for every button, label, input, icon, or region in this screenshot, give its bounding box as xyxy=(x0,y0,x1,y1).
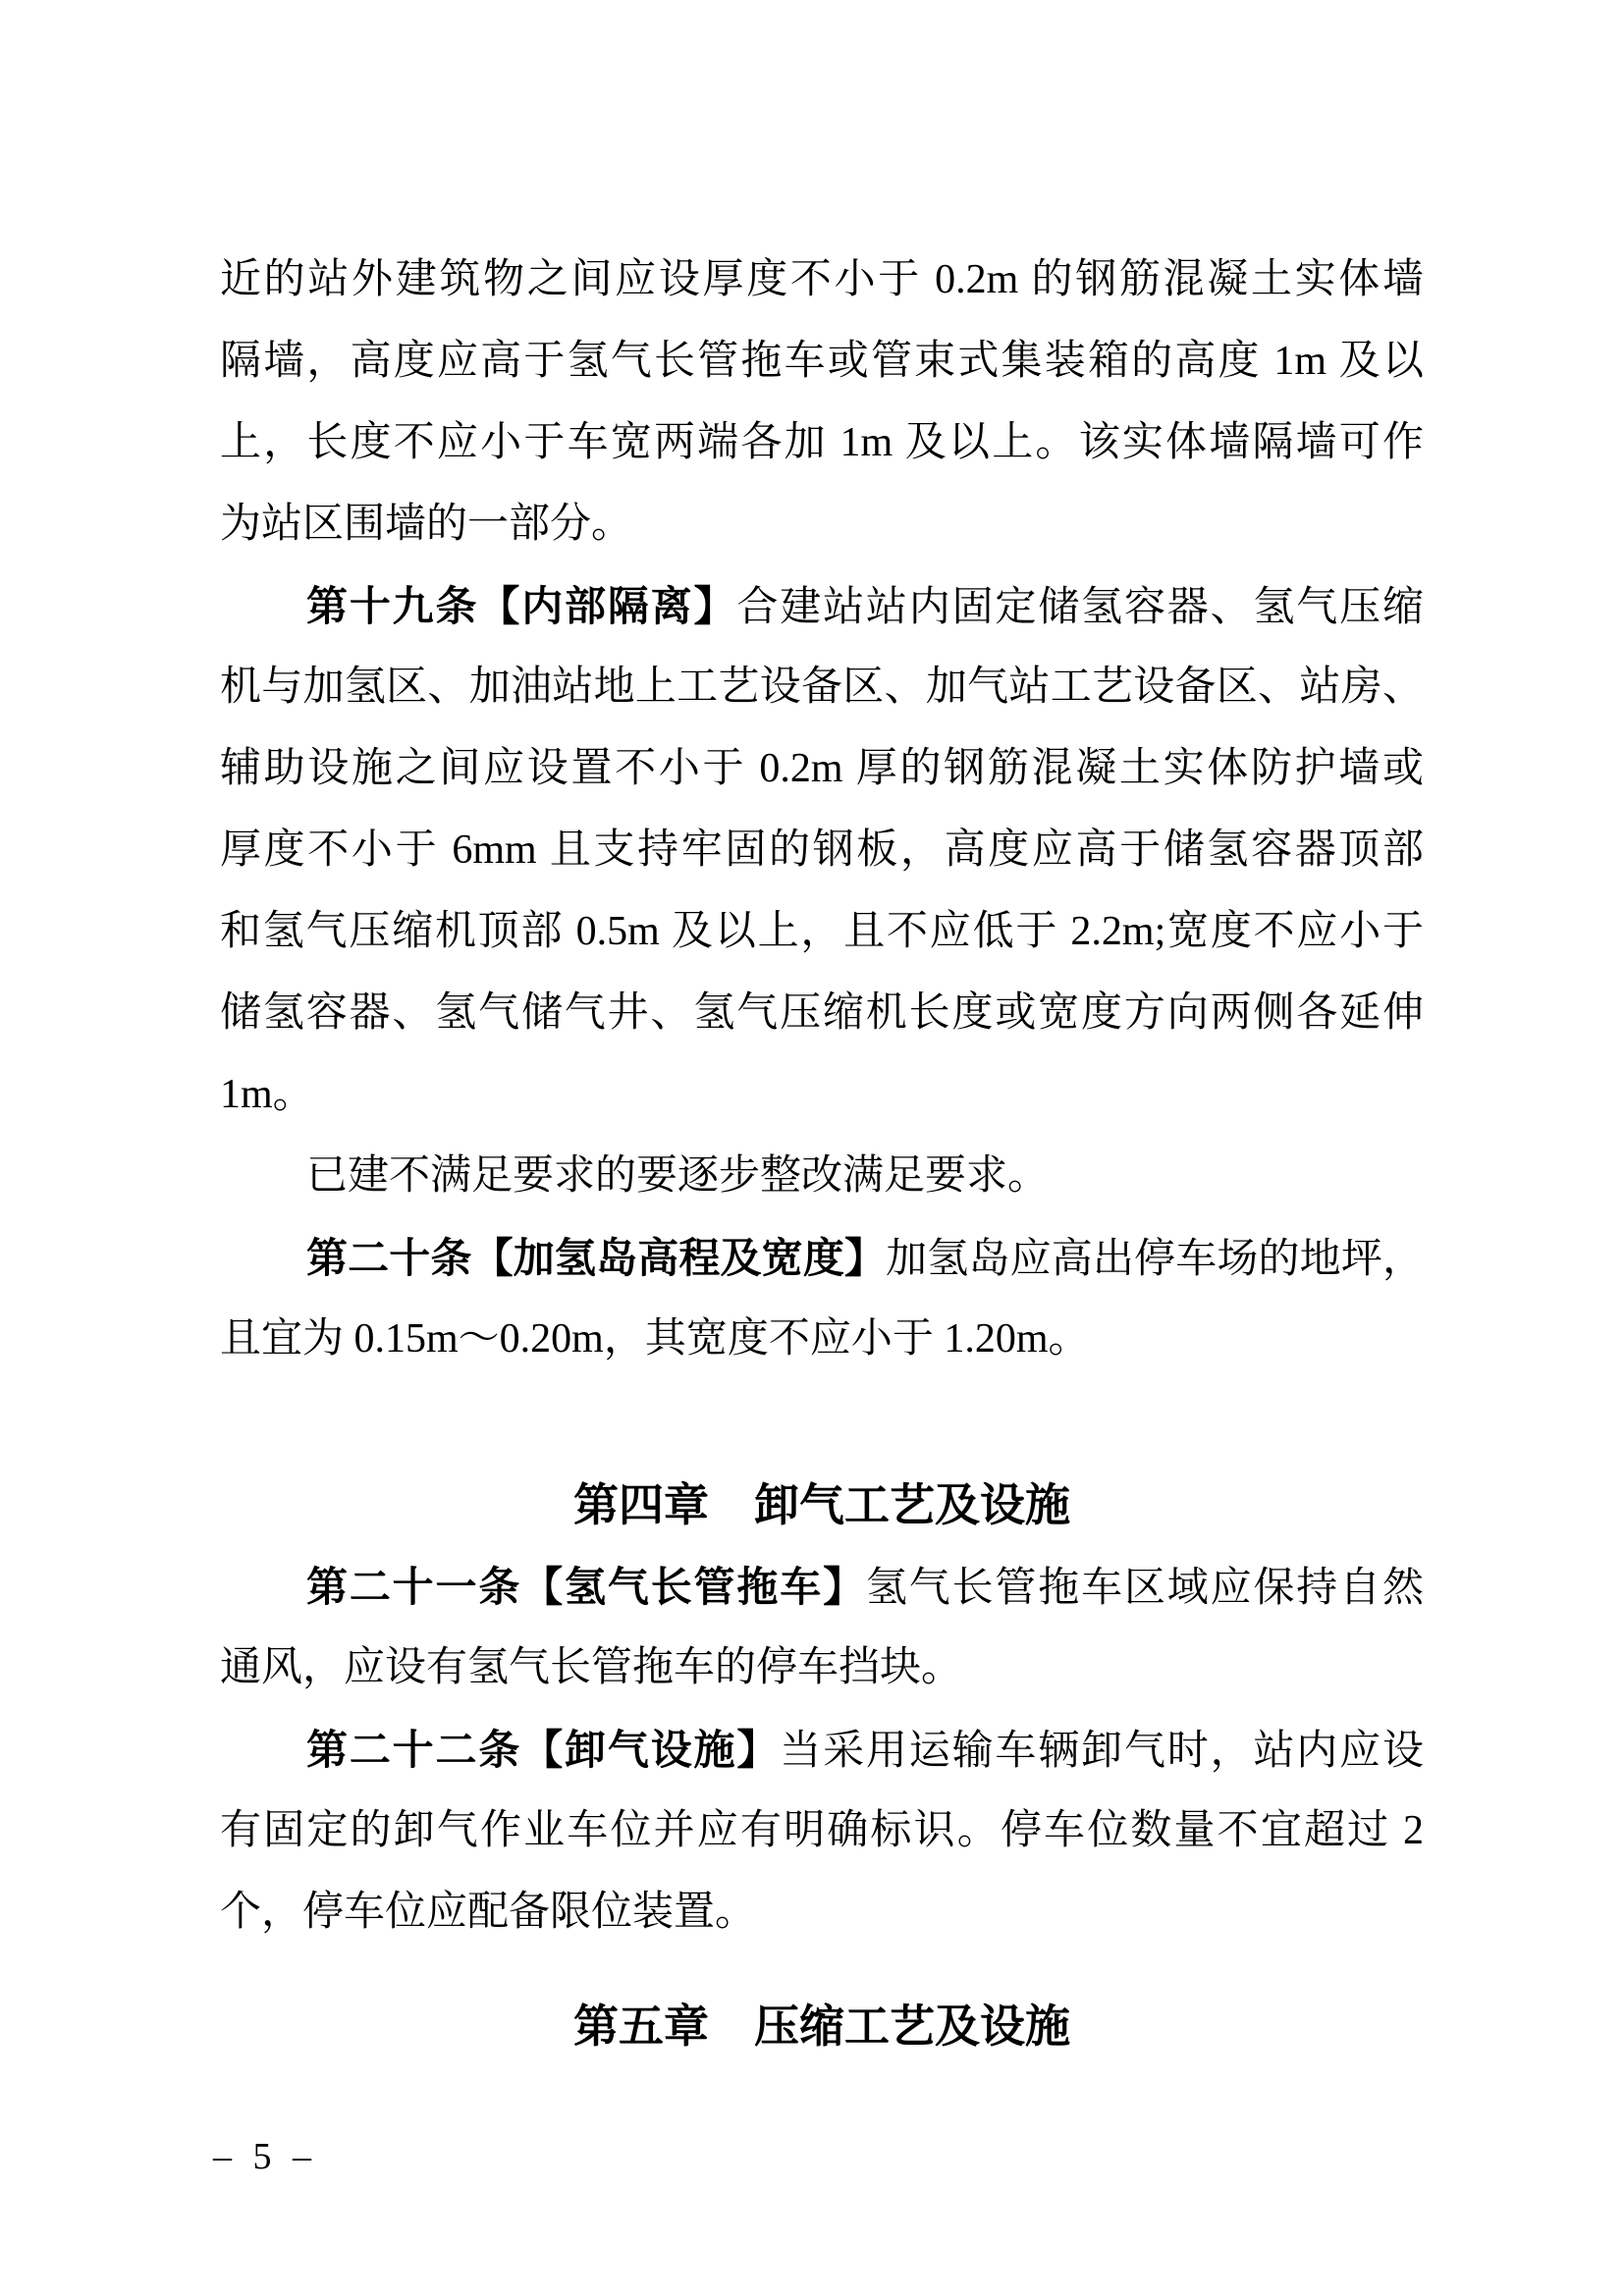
document-content: 近的站外建筑物之间应设厚度不小于 0.2m 的钢筋混凝土实体墙隔墙，高度应高于氢… xyxy=(220,240,1424,2067)
body-text: 且宜为 0.15m～0.20m，其宽度不应小于 1.20m。 xyxy=(220,1316,1090,1362)
chapter-heading-text: 第四章 卸气工艺及设施 xyxy=(573,1479,1070,1530)
body-text: 1m。 xyxy=(220,1072,314,1117)
text-line: 近的站外建筑物之间应设厚度不小于 0.2m 的钢筋混凝土实体墙 xyxy=(220,240,1424,321)
body-text: 通风，应设有氢气长管拖车的停车挡块。 xyxy=(220,1645,962,1690)
article-label: 第二十二条【卸气设施】 xyxy=(306,1727,780,1773)
text-line: 机与加氢区、加油站地上工艺设备区、加气站工艺设备区、站房、 xyxy=(220,647,1424,728)
text-line: 为站区围墙的一部分。 xyxy=(220,484,1424,565)
body-text: 个，停车位应配备限位装置。 xyxy=(220,1890,756,1935)
text-line: 第二十一条【氢气长管拖车】氢气长管拖车区域应保持自然 xyxy=(220,1546,1424,1628)
page-number: – 5 – xyxy=(213,2136,317,2177)
text-line: 1m。 xyxy=(220,1054,1424,1136)
text-line: 第十九条【内部隔离】合建站站内固定储氢容器、氢气压缩 xyxy=(220,565,1424,647)
body-text: 有固定的卸气作业车位并应有明确标识。停车位数量不宜超过 2 xyxy=(220,1808,1424,1853)
text-line: 通风，应设有氢气长管拖车的停车挡块。 xyxy=(220,1628,1424,1709)
text-line: 个，停车位应配备限位装置。 xyxy=(220,1872,1424,1953)
text-line: 有固定的卸气作业车位并应有明确标识。停车位数量不宜超过 2 xyxy=(220,1790,1424,1872)
body-text: 近的站外建筑物之间应设厚度不小于 0.2m 的钢筋混凝土实体墙 xyxy=(220,257,1424,302)
text-line: 储氢容器、氢气储气井、氢气压缩机长度或宽度方向两侧各延伸 xyxy=(220,973,1424,1054)
body-text: 上，长度不应小于车宽两端各加 1m 及以上。该实体墙隔墙可作 xyxy=(220,420,1424,465)
text-line: 隔墙，高度应高于氢气长管拖车或管束式集装箱的高度 1m 及以 xyxy=(220,321,1424,402)
body-text: 和氢气压缩机顶部 0.5m 及以上，且不应低于 2.2m;宽度不应小于 xyxy=(220,909,1424,954)
body-text: 辅助设施之间应设置不小于 0.2m 厚的钢筋混凝土实体防护墙或 xyxy=(220,746,1424,791)
text-line: 第二十二条【卸气设施】当采用运输车辆卸气时，站内应设 xyxy=(220,1709,1424,1790)
body-text: 当采用运输车辆卸气时，站内应设 xyxy=(780,1729,1424,1774)
body-text: 氢气长管拖车区域应保持自然 xyxy=(866,1566,1424,1611)
chapter-heading: 第五章 压缩工艺及设施 xyxy=(220,1986,1424,2067)
document-page: 近的站外建筑物之间应设厚度不小于 0.2m 的钢筋混凝土实体墙隔墙，高度应高于氢… xyxy=(0,0,1624,2296)
chapter-heading-text: 第五章 压缩工艺及设施 xyxy=(573,2001,1070,2052)
text-line: 上，长度不应小于车宽两端各加 1m 及以上。该实体墙隔墙可作 xyxy=(220,402,1424,484)
text-line: 和氢气压缩机顶部 0.5m 及以上，且不应低于 2.2m;宽度不应小于 xyxy=(220,891,1424,973)
body-text: 隔墙，高度应高于氢气长管拖车或管束式集装箱的高度 1m 及以 xyxy=(220,339,1424,384)
article-label: 第二十一条【氢气长管拖车】 xyxy=(306,1564,866,1610)
article-label: 第二十条【加氢岛高程及宽度】 xyxy=(306,1235,886,1281)
chapter-heading: 第四章 卸气工艺及设施 xyxy=(220,1465,1424,1546)
body-text: 为站区围墙的一部分。 xyxy=(220,502,632,547)
text-line: 厚度不小于 6mm 且支持牢固的钢板，高度应高于储氢容器顶部 xyxy=(220,810,1424,891)
page-footer: – 5 – xyxy=(213,2127,317,2186)
text-line: 且宜为 0.15m～0.20m，其宽度不应小于 1.20m。 xyxy=(220,1299,1424,1380)
body-text: 储氢容器、氢气储气井、氢气压缩机长度或宽度方向两侧各延伸 xyxy=(220,990,1424,1036)
body-text: 厚度不小于 6mm 且支持牢固的钢板，高度应高于储氢容器顶部 xyxy=(220,828,1424,873)
body-text: 合建站站内固定储氢容器、氢气压缩 xyxy=(736,585,1424,630)
body-text: 已建不满足要求的要逐步整改满足要求。 xyxy=(306,1153,1049,1199)
text-line: 已建不满足要求的要逐步整改满足要求。 xyxy=(220,1136,1424,1217)
text-line: 辅助设施之间应设置不小于 0.2m 厚的钢筋混凝土实体防护墙或 xyxy=(220,728,1424,810)
article-label: 第十九条【内部隔离】 xyxy=(306,583,736,629)
body-text: 加氢岛应高出停车场的地坪， xyxy=(886,1237,1424,1282)
text-line: 第二十条【加氢岛高程及宽度】加氢岛应高出停车场的地坪， xyxy=(220,1217,1424,1299)
body-text: 机与加氢区、加油站地上工艺设备区、加气站工艺设备区、站房、 xyxy=(220,665,1424,710)
